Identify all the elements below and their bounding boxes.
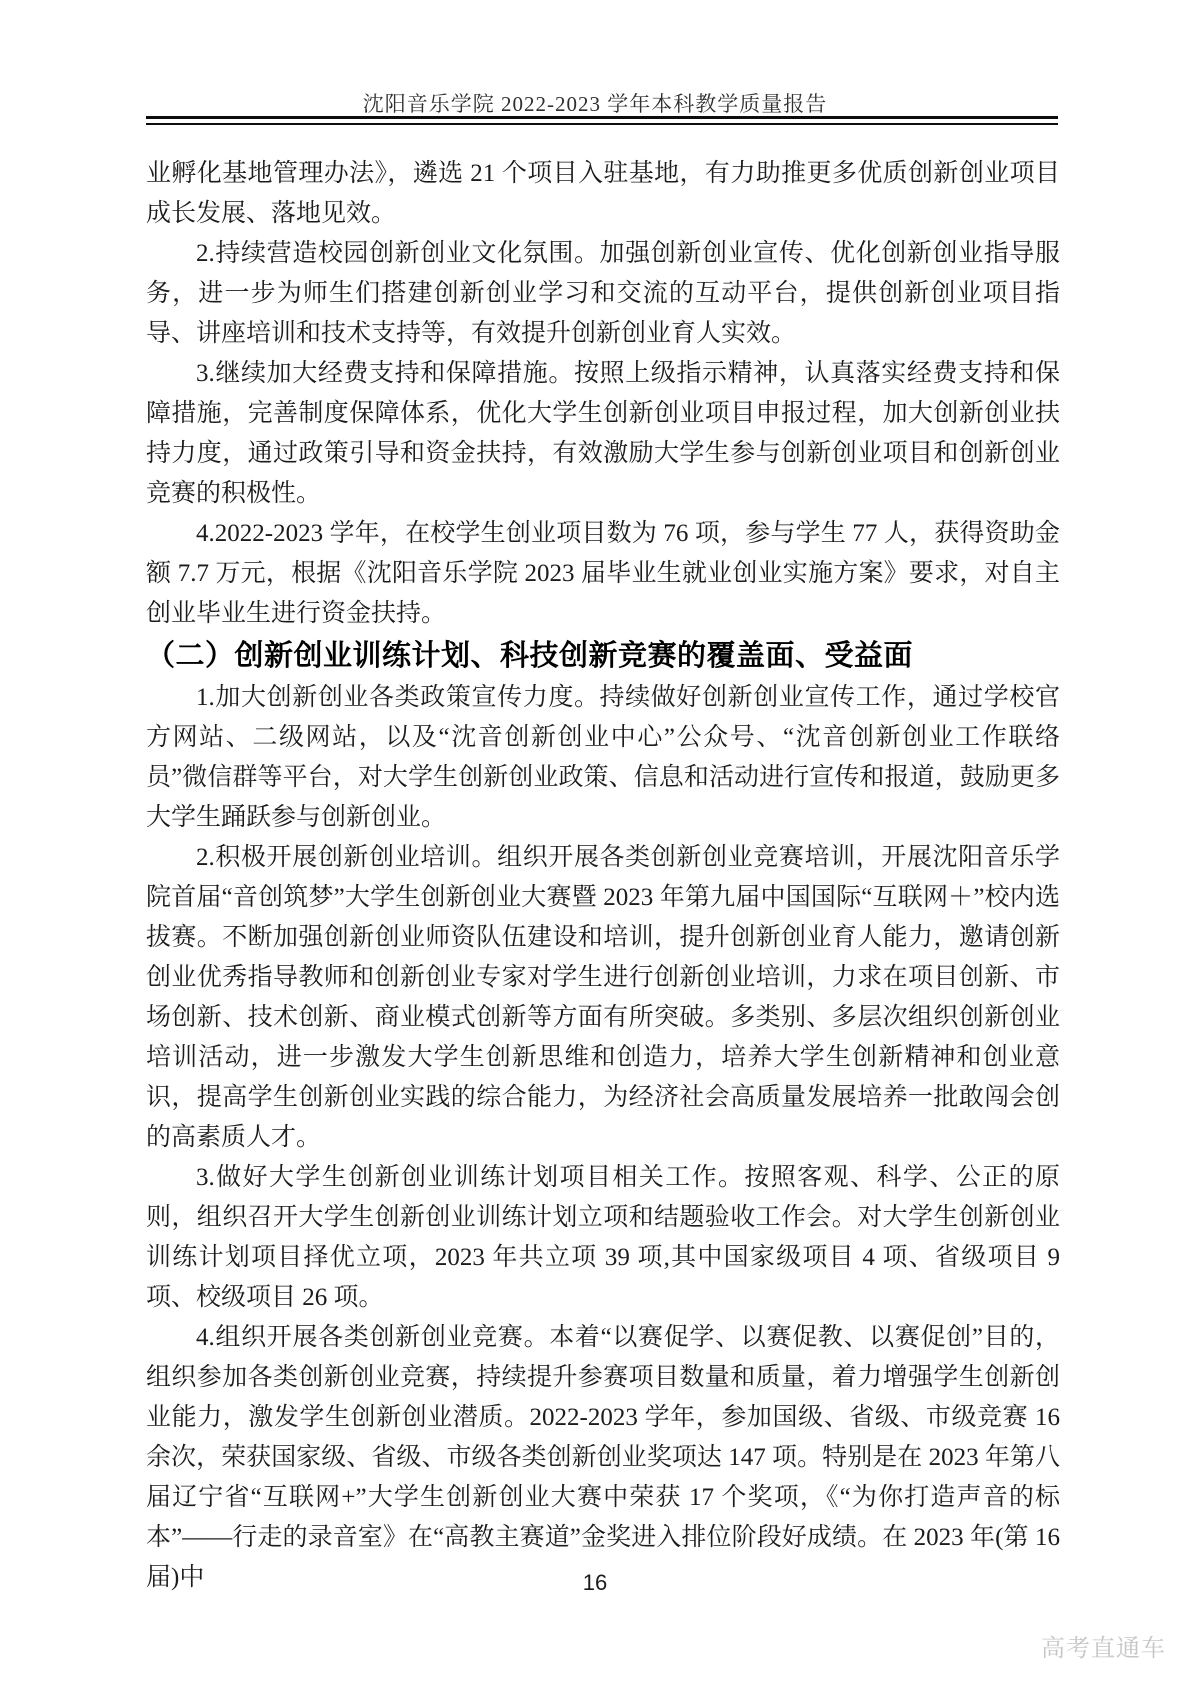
document-page: 沈阳音乐学院 2022-2023 学年本科教学质量报告 业孵化基地管理办法》，遴… <box>0 0 1190 1684</box>
body-paragraph: 3.做好大学生创新创业训练计划项目相关工作。按照客观、科学、公正的原则，组织召开… <box>146 1158 1060 1318</box>
watermark-text: 高考直通车 <box>1041 1628 1166 1663</box>
body-paragraph: 2.积极开展创新创业培训。组织开展各类创新创业竞赛培训，开展沈阳音乐学院首届“音… <box>146 838 1060 1158</box>
section-heading: （二）创新创业训练计划、科技创新竞赛的覆盖面、受益面 <box>146 634 1060 678</box>
page-body: 业孵化基地管理办法》，遴选 21 个项目入驻基地，有力助推更多优质创新创业项目成… <box>146 154 1060 1598</box>
header-double-rule <box>146 116 1058 125</box>
body-paragraph: 2.持续营造校园创新创业文化氛围。加强创新创业宣传、优化创新创业指导服务，进一步… <box>146 234 1060 354</box>
body-paragraph: 4.2022-2023 学年，在校学生创业项目数为 76 项，参与学生 77 人… <box>146 514 1060 634</box>
body-paragraph-continuation: 业孵化基地管理办法》，遴选 21 个项目入驻基地，有力助推更多优质创新创业项目成… <box>146 154 1060 234</box>
body-paragraph: 1.加大创新创业各类政策宣传力度。持续做好创新创业宣传工作，通过学校官方网站、二… <box>146 678 1060 838</box>
page-number: 16 <box>0 1570 1190 1596</box>
body-paragraph: 4.组织开展各类创新创业竞赛。本着“以赛促学、以赛促教、以赛促创”目的，组织参加… <box>146 1318 1060 1598</box>
body-paragraph: 3.继续加大经费支持和保障措施。按照上级指示精神，认真落实经费支持和保障措施，完… <box>146 354 1060 514</box>
running-header-title: 沈阳音乐学院 2022-2023 学年本科教学质量报告 <box>0 88 1190 118</box>
